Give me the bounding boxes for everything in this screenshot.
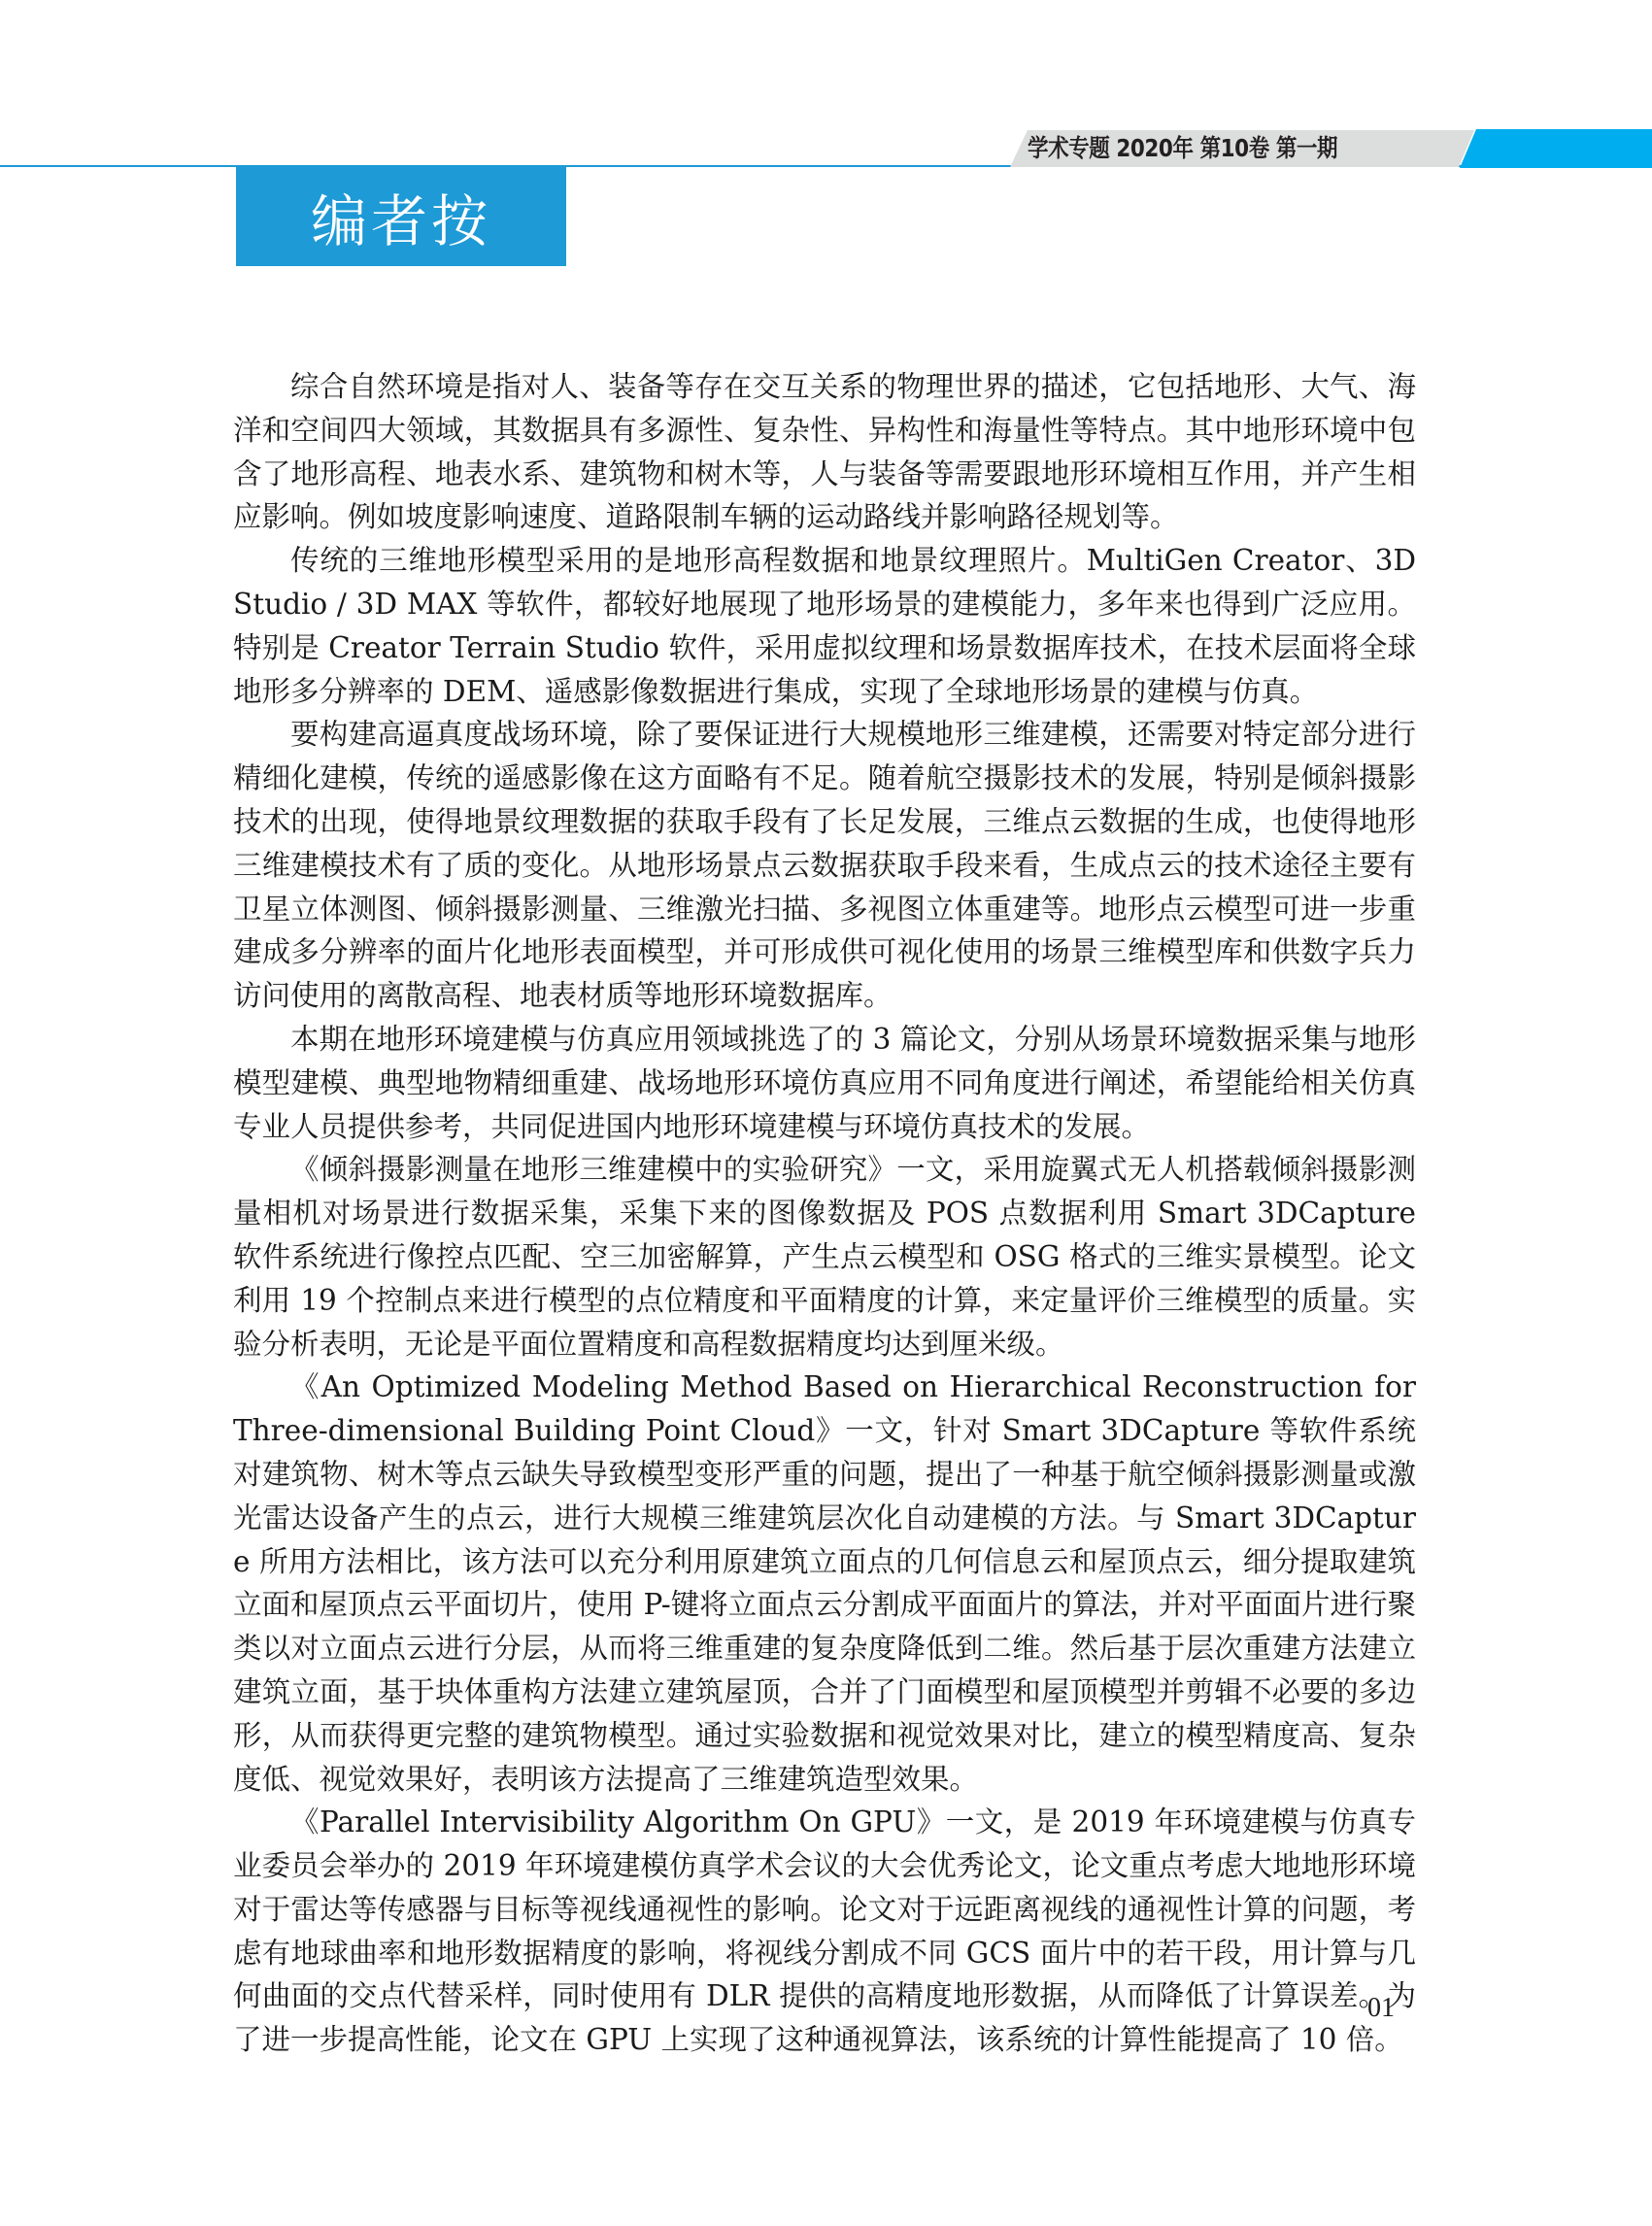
paragraph: 《An Optimized Modeling Method Based on H… — [233, 1366, 1416, 1801]
header-accent-bar — [1460, 129, 1652, 168]
article-body: 综合自然环境是指对人、装备等存在交互关系的物理世界的描述，它包括地形、大气、海洋… — [233, 365, 1416, 2062]
paragraph: 要构建高逼真度战场环境，除了要保证进行大规模地形三维建模，还需要对特定部分进行精… — [233, 713, 1416, 1018]
paragraph: 《倾斜摄影测量在地形三维建模中的实验研究》一文，采用旋翼式无人机搭载倾斜摄影测量… — [233, 1148, 1416, 1366]
paragraph: 本期在地形环境建模与仿真应用领域挑选了的 3 篇论文，分别从场景环境数据采集与地… — [233, 1018, 1416, 1148]
paragraph: 综合自然环境是指对人、装备等存在交互关系的物理世界的描述，它包括地形、大气、海洋… — [233, 365, 1416, 539]
paragraph: 传统的三维地形模型采用的是地形高程数据和地景纹理照片。MultiGen Crea… — [233, 539, 1416, 713]
section-title: 编者按 — [311, 176, 491, 257]
paragraph: 《Parallel Intervisibility Algorithm On G… — [233, 1801, 1416, 2062]
running-head: 学术专题 2020年 第10卷 第一期 — [1028, 130, 1337, 167]
page-number: 01 — [1367, 1993, 1395, 2024]
section-title-box: 编者按 — [236, 167, 566, 266]
